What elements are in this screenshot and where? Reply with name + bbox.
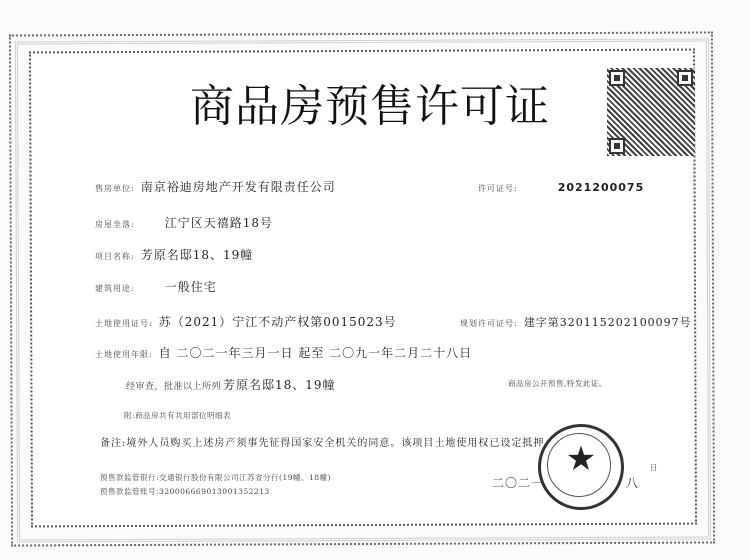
field-label: 许可证号:: [478, 183, 518, 194]
field-license-no: 许可证号: 2021200075: [478, 181, 644, 194]
approval-project: 芳原名邸18、19幢: [223, 376, 336, 393]
field-value: 芳原名邸18、19幢: [141, 246, 254, 263]
field-escrow-bank: 预售款监管银行: 交通银行股份有限公司江苏省分行(19幢、18幢): [100, 472, 331, 483]
field-seller: 售房单位: 南京裕迪房地产开发有限责任公司: [95, 178, 336, 195]
field-value: 自 二〇二一年三月一日 起至 二〇九一年二月二十八日: [159, 344, 472, 361]
field-label: 房屋坐落:: [95, 219, 135, 230]
field-label: 预售款监管账号:: [100, 486, 159, 497]
field-value: 南京裕迪房地产开发有限责任公司: [141, 178, 336, 195]
attachment-note: 附:商品房共有共用部位明细表: [124, 410, 231, 421]
issue-date-mid: 八: [626, 474, 639, 491]
field-label: 规划许可证号:: [460, 318, 518, 329]
field-label: 土地使用年限:: [95, 349, 153, 360]
field-value: 一般住宅: [165, 278, 217, 295]
approval-statement: 经审查，批准以上所列 芳原名邸18、19幢: [126, 376, 336, 393]
remark-text: 备注:境外人员购买上述房产须事先征得国家安全机关的同意。该项目土地使用权已设定抵…: [100, 434, 555, 449]
field-escrow-account: 预售款监管账号: 320006669013001352213: [100, 486, 270, 497]
issue-date-year: 二〇二一: [492, 474, 544, 491]
issue-year: 二〇二一: [492, 474, 544, 491]
certificate-sheet: 商品房预售许可证 售房单位: 南京裕迪房地产开发有限责任公司 许可证号: 202…: [0, 0, 750, 560]
star-icon: ★: [541, 439, 621, 479]
official-seal: ★: [538, 424, 624, 510]
field-land-term: 土地使用年限: 自 二〇二一年三月一日 起至 二〇九一年二月二十八日: [95, 344, 472, 361]
qr-finder: [609, 70, 625, 86]
field-value: 江宁区天禧路18号: [165, 214, 273, 231]
qr-code-icon: [607, 68, 695, 156]
field-label: 售房单位:: [95, 183, 135, 194]
field-value: 建字第320115202100097号: [524, 314, 692, 330]
approval-prefix: 经审查，批准以上所列: [126, 379, 221, 392]
field-land-cert: 土地使用证号: 苏（2021）宁江不动产权第0015023号: [95, 313, 397, 330]
attachment-text: 附:商品房共有共用部位明细表: [124, 410, 231, 421]
certificate-title: 商品房预售许可证: [170, 70, 570, 134]
issue-date-day: 日: [650, 462, 658, 473]
field-usage: 建筑用途: 一般住宅: [95, 278, 217, 295]
qr-finder: [677, 70, 693, 86]
remark: 备注:境外人员购买上述房产须事先征得国家安全机关的同意。该项目土地使用权已设定抵…: [100, 434, 555, 449]
field-value: 苏（2021）宁江不动产权第0015023号: [159, 313, 397, 330]
field-location: 房屋坐落: 江宁区天禧路18号: [95, 214, 273, 231]
license-number: 2021200075: [558, 181, 645, 194]
field-label: 预售款监管银行:: [100, 472, 159, 483]
field-label: 土地使用证号:: [95, 318, 153, 329]
field-project: 项目名称: 芳原名邸18、19幢: [95, 246, 253, 263]
field-label: 项目名称:: [95, 251, 135, 262]
approval-suffix-text: 商品房公开预售,特发此证。: [508, 378, 607, 389]
field-value: 320006669013001352213: [159, 487, 270, 496]
issue-month: 八: [626, 474, 639, 491]
field-value: 交通银行股份有限公司江苏省分行(19幢、18幢): [159, 472, 331, 483]
qr-finder: [609, 138, 625, 154]
issue-day: 日: [650, 462, 658, 473]
approval-suffix: 商品房公开预售,特发此证。: [508, 378, 607, 389]
field-planning-permit: 规划许可证号: 建字第320115202100097号: [460, 314, 692, 330]
field-label: 建筑用途:: [95, 283, 135, 294]
